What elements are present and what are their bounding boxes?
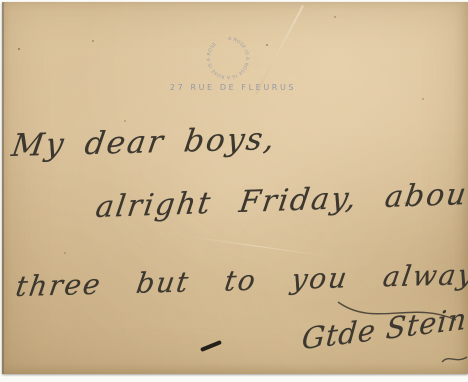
signature-tail-stroke [440,352,468,368]
paper-crease-bottom [185,236,334,258]
photo-frame: A ROSE IS A ROSE IS A ROSE IS A ROSE 27 … [0,0,468,382]
signature: Gtde Stein [300,301,468,356]
handwriting-line-3: three but to you always [14,257,468,303]
address-line: 27 RUE DE FLEURUS [138,83,328,92]
stamp-circle-text: A ROSE IS A ROSE IS A ROSE IS A ROSE [206,36,250,80]
letter-card: A ROSE IS A ROSE IS A ROSE IS A ROSE 27 … [2,2,468,374]
foxing-specks [4,2,6,4]
handwriting-line-1: My dear boys, [9,121,279,164]
svg-text:A ROSE IS A ROSE IS A ROSE IS: A ROSE IS A ROSE IS A ROSE IS A ROSE [206,36,250,80]
handwriting-line-2: alright Friday, about [94,176,468,225]
ink-mark [200,340,222,352]
